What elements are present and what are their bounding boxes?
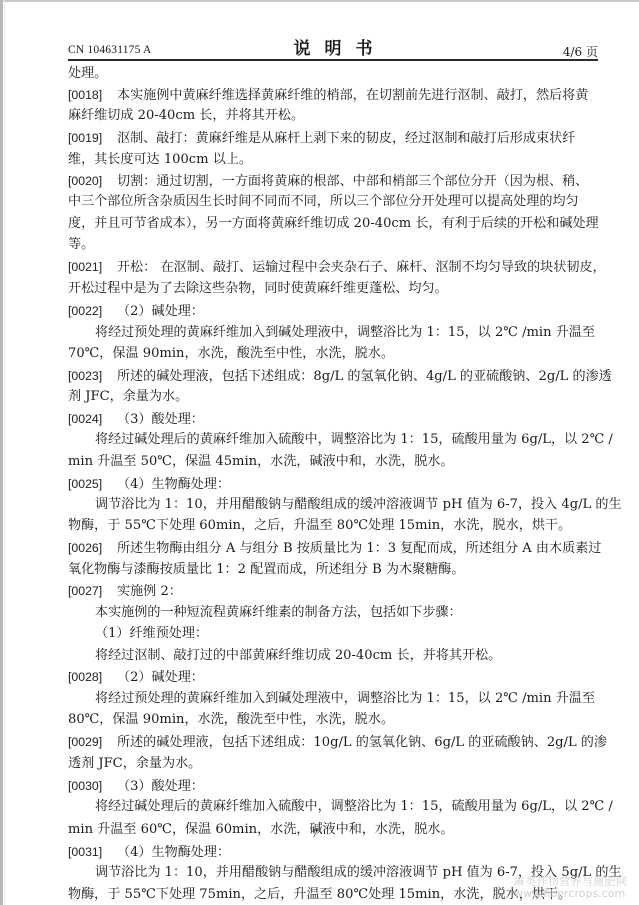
paragraph-line: min 升温至 50℃，保温 45min，水洗，碱液中和，水洗，脱水。 (68, 452, 454, 472)
paragraph-line: 将经过预处理的黄麻纤维加入到碱处理液中，调整浴比为 1：15，以 2℃ /min… (68, 689, 595, 709)
line-text: 剂 JFC，余量为水。 (68, 389, 188, 404)
line-text: 维，其长度可达 100cm 以上。 (68, 152, 252, 167)
line-text: （1）纤维预处理： (95, 626, 208, 641)
line-text: （4）生物酶处理： (117, 845, 230, 860)
line-text: 物酶，于 55℃下处理 60min，之后，升温至 80℃处理 15min，水洗，… (68, 518, 571, 533)
page-indicator: 4/6 页 (563, 43, 598, 60)
paragraph-number: [0026] (68, 538, 117, 558)
paragraph-line-numbered: [0025]（4）生物酶处理： (68, 474, 230, 494)
line-text: （2）碱处理： (117, 670, 204, 685)
paragraph-line: 物酶，于 55℃下处理 60min，之后，升温至 80℃处理 15min，水洗，… (68, 516, 571, 536)
line-text: 中三个部位所含杂质因生长时间不同而不同，所以三个部位分开处理可以提高处理的均匀 (68, 194, 579, 209)
page-left-border-shadow (4, 0, 5, 905)
line-text: 开松过程中是为了去除这些杂物，同时使黄麻纤维更蓬松、均匀。 (68, 281, 448, 296)
paragraph-line: 处理。 (68, 64, 107, 84)
page-top-border (0, 0, 639, 2)
paragraph-line-numbered: [0023]所述的碱处理液，包括下述组成：8g/L 的氢氧化钠、4g/L 的亚硫… (68, 366, 612, 386)
line-text: 将经过预处理的黄麻纤维加入到碱处理液中，调整浴比为 1：15，以 2℃ /min… (95, 325, 595, 340)
paragraph-line: 将经过预处理的黄麻纤维加入到碱处理液中，调整浴比为 1：15，以 2℃ /min… (68, 323, 595, 343)
paragraph-number: [0028] (68, 667, 117, 687)
paragraph-line: min 升温至 60℃，保温 60min，水洗，碱液中和，水洗，脱水。 (68, 820, 454, 840)
paragraph-line: 中三个部位所含杂质因生长时间不同而不同，所以三个部位分开处理可以提高处理的均匀 (68, 192, 579, 212)
line-text: 沤制、敲打：黄麻纤维是从麻杆上剥下来的韧皮，经过沤制和敲打后形成束状纤 (117, 131, 575, 146)
paragraph-line-numbered: [0018]本实施例中黄麻纤维选择黄麻纤维的梢部，在切割前先进行沤制、敲打，然后… (68, 85, 588, 105)
paragraph-line: 将经过碱处理后的黄麻纤维加入硫酸中，调整浴比为 1：15，硫酸用量为 6g/L，… (68, 797, 613, 817)
paragraph-line-numbered: [0027]实施例 2： (68, 581, 182, 601)
line-text: 所述生物酶由组分 A 与组分 B 按质量比为 1：3 复配而成，所述组分 A 由… (117, 541, 601, 556)
paragraph-line-numbered: [0029]所述的碱处理液，包括下述组成：10g/L 的氢氧化钠、6g/L 的亚… (68, 732, 607, 752)
paragraph-line-numbered: [0024]（3）酸处理： (68, 409, 204, 429)
paragraph-number: [0020] (68, 171, 117, 191)
paragraph-number: [0027] (68, 581, 117, 601)
paragraph-line: 将经过碱处理后的黄麻纤维加入硫酸中，调整浴比为 1：15，硫酸用量为 6g/L，… (68, 430, 613, 450)
line-text: 70℃，保温 90min，水洗，酸洗至中性，水洗，脱水。 (68, 346, 394, 361)
paragraph-number: [0023] (68, 366, 117, 386)
paragraph-line-numbered: [0021]开松： 在沤制、敲打、运输过程中会夹杂石子、麻杆、沤制不均匀导致的块… (68, 257, 606, 277)
paragraph-line: 维，其长度可达 100cm 以上。 (68, 150, 252, 170)
paragraph-number: [0031] (68, 842, 117, 862)
paragraph-line: 氧化物酶与漆酶按质量比 1：2 配置而成，所述组分 B 为木聚糖酶。 (68, 560, 464, 580)
line-text: 处理。 (68, 66, 107, 81)
line-text: 本实施例的一种短流程黄麻纤维素的制备方法，包括如下步骤： (95, 605, 462, 620)
line-text: 80℃，保温 90min，水洗，酸洗至中性，水洗，脱水。 (68, 712, 394, 727)
watermark: 麻类作物营养与施肥网 www.fibercrops.com (514, 876, 627, 900)
line-text: （4）生物酶处理： (117, 477, 230, 492)
paragraph-line: 等。 (68, 235, 94, 255)
paragraph-line-numbered: [0030]（3）酸处理： (68, 776, 204, 796)
page-number: 7 (312, 826, 318, 841)
line-text: min 升温至 50℃，保温 45min，水洗，碱液中和，水洗，脱水。 (68, 454, 454, 469)
paragraph-line: 80℃，保温 90min，水洗，酸洗至中性，水洗，脱水。 (68, 710, 394, 730)
paragraph-number: [0029] (68, 732, 117, 752)
paragraph-line: 麻纤维切成 20-40cm 长，并将其开松。 (68, 106, 304, 126)
line-text: 所述的碱处理液，包括下述组成：8g/L 的氢氧化钠、4g/L 的亚硫酸钠、2g/… (117, 369, 612, 384)
paragraph-number: [0019] (68, 128, 117, 148)
paragraph-line: 开松过程中是为了去除这些杂物，同时使黄麻纤维更蓬松、均匀。 (68, 279, 448, 299)
line-text: 调节浴比为 1：10，并用醋酸钠与醋酸组成的缓冲溶液调节 pH 值为 6-7，投… (95, 497, 622, 512)
paragraph-number: [0030] (68, 776, 117, 796)
document-header: CN 104631175 A 说明书 4/6 页 (68, 34, 598, 60)
line-text: 透剂 JFC，余量为水。 (68, 756, 201, 771)
line-text: 度，并且可节省成本），另一方面将黄麻纤维切成 20-40cm 长，有利于后续的开… (68, 216, 599, 231)
paragraph-number: [0022] (68, 301, 117, 321)
paragraph-number: [0025] (68, 474, 117, 494)
line-text: 将经过碱处理后的黄麻纤维加入硫酸中，调整浴比为 1：15，硫酸用量为 6g/L，… (95, 799, 613, 814)
line-text: （2）碱处理： (117, 304, 204, 319)
line-text: 所述的碱处理液，包括下述组成：10g/L 的氢氧化钠、6g/L 的亚硫酸钠、2g… (117, 735, 607, 750)
line-text: 开松： 在沤制、敲打、运输过程中会夹杂石子、麻杆、沤制不均匀导致的块状韧皮， (117, 260, 606, 275)
line-text: min 升温至 60℃，保温 60min，水洗，碱液中和，水洗，脱水。 (68, 822, 454, 837)
line-text: 物酶，于 55℃下处理 75min，之后，升温至 80℃处理 15min，水洗，… (68, 887, 571, 902)
page-left-border (0, 0, 3, 905)
paragraph-line: 本实施例的一种短流程黄麻纤维素的制备方法，包括如下步骤： (68, 603, 462, 623)
paragraph-line: 70℃，保温 90min，水洗，酸洗至中性，水洗，脱水。 (68, 344, 394, 364)
line-text: 本实施例中黄麻纤维选择黄麻纤维的梢部，在切割前先进行沤制、敲打，然后将黄 (117, 88, 588, 103)
paragraph-line: （1）纤维预处理： (68, 624, 208, 644)
paragraph-number: [0021] (68, 257, 117, 277)
paragraph-line: 透剂 JFC，余量为水。 (68, 754, 201, 774)
paragraph-line-numbered: [0028]（2）碱处理： (68, 667, 204, 687)
paragraph-line: 剂 JFC，余量为水。 (68, 387, 188, 407)
document-title: 说明书 (68, 34, 598, 59)
line-text: 将经过沤制、敲打过的中部黄麻纤维切成 20-40cm 长，并将其开松。 (95, 648, 501, 663)
paragraph-line: 将经过沤制、敲打过的中部黄麻纤维切成 20-40cm 长，并将其开松。 (68, 646, 501, 666)
paragraph-line: 度，并且可节省成本），另一方面将黄麻纤维切成 20-40cm 长，有利于后续的开… (68, 214, 599, 234)
paragraph-line: 调节浴比为 1：10，并用醋酸钠与醋酸组成的缓冲溶液调节 pH 值为 6-7，投… (68, 495, 622, 515)
paragraph-line-numbered: [0019]沤制、敲打：黄麻纤维是从麻杆上剥下来的韧皮，经过沤制和敲打后形成束状… (68, 128, 575, 148)
paragraph-line-numbered: [0026]所述生物酶由组分 A 与组分 B 按质量比为 1：3 复配而成，所述… (68, 538, 601, 558)
line-text: 切割：通过切割，一方面将黄麻的根部、中部和梢部三个部位分开（因为根、稍、 (117, 174, 588, 189)
line-text: （3）酸处理： (117, 412, 204, 427)
paragraph-line: 物酶，于 55℃下处理 75min，之后，升温至 80℃处理 15min，水洗，… (68, 885, 571, 905)
line-text: 实施例 2： (117, 584, 182, 599)
watermark-url: www.fibercrops.com (514, 888, 627, 900)
paragraph-line-numbered: [0020]切割：通过切割，一方面将黄麻的根部、中部和梢部三个部位分开（因为根、… (68, 171, 588, 191)
paragraph-number: [0024] (68, 409, 117, 429)
line-text: 等。 (68, 237, 94, 252)
line-text: 氧化物酶与漆酶按质量比 1：2 配置而成，所述组分 B 为木聚糖酶。 (68, 562, 464, 577)
header-rule (68, 59, 598, 61)
line-text: 麻纤维切成 20-40cm 长，并将其开松。 (68, 108, 304, 123)
line-text: 将经过预处理的黄麻纤维加入到碱处理液中，调整浴比为 1：15，以 2℃ /min… (95, 691, 595, 706)
line-text: （3）酸处理： (117, 779, 204, 794)
paragraph-line-numbered: [0031]（4）生物酶处理： (68, 842, 230, 862)
paragraph-line-numbered: [0022]（2）碱处理： (68, 301, 204, 321)
paragraph-number: [0018] (68, 85, 117, 105)
line-text: 将经过碱处理后的黄麻纤维加入硫酸中，调整浴比为 1：15，硫酸用量为 6g/L，… (95, 432, 613, 447)
